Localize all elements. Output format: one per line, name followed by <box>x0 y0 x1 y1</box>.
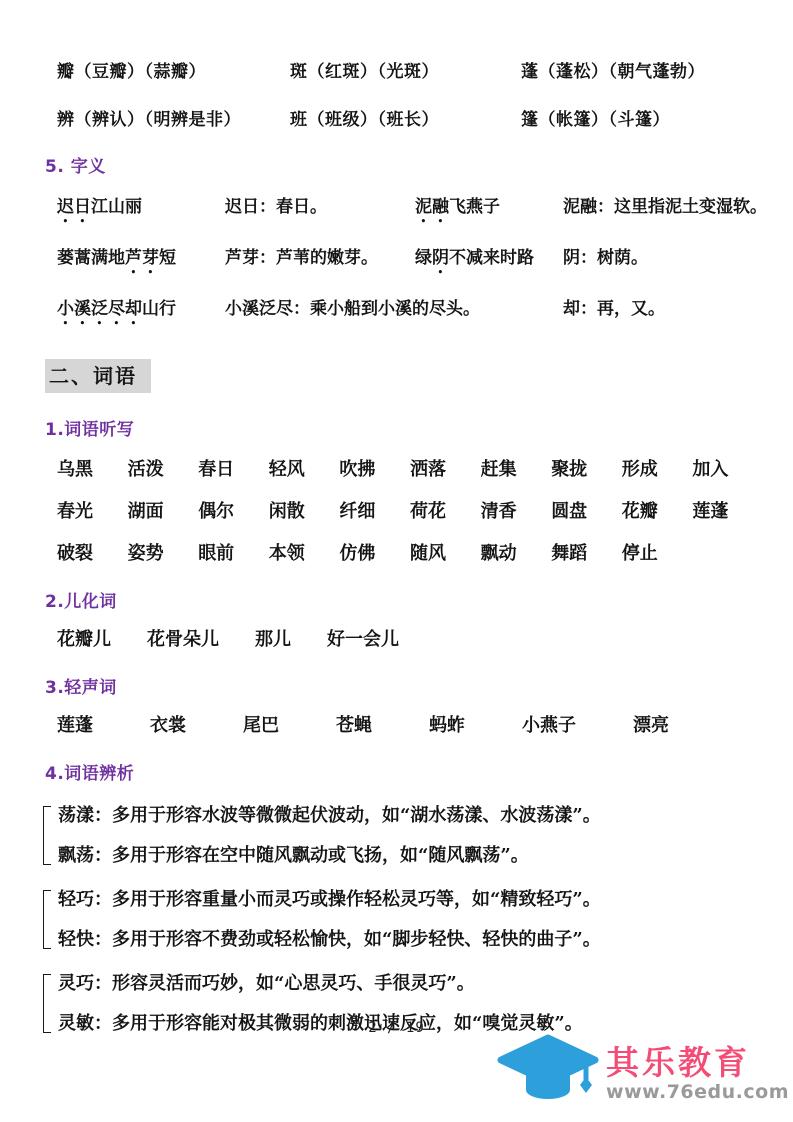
word-item: 荷花 <box>410 501 481 523</box>
word-item: 花瓣儿 <box>57 629 111 651</box>
phrase-definition: 却：再，又。 <box>563 298 767 329</box>
word-item: 花瓣 <box>622 501 693 523</box>
bianxi-heading: 4.词语辨析 <box>45 763 763 785</box>
emphasized-text: 小溪泛尽却 <box>57 299 142 319</box>
emphasized-text: 阴 <box>432 248 449 268</box>
definition-line: 飘荡：多用于形容在空中随风飘动或飞扬，如“随风飘荡”。 <box>58 843 601 868</box>
emphasized-text: 迟日 <box>57 197 91 217</box>
word-discrimination-list: 荡漾：多用于形容水波等微微起伏波动，如“湖水荡漾、水波荡漾”。 飘荡：多用于形容… <box>57 803 763 1036</box>
graduation-cap-icon <box>492 1034 604 1114</box>
document-page: 瓣（豆瓣）（蒜瓣） 斑（红斑）（光斑） 蓬（蓬松）（朝气蓬勃） 辨（辨认）（明辨… <box>57 0 763 1036</box>
word-item: 加入 <box>692 459 763 481</box>
compare-item: 斑（红斑）（光斑） <box>290 60 521 84</box>
tingxie-heading: 1.词语听写 <box>45 419 763 441</box>
compare-item: 蓬（蓬松）（朝气蓬勃） <box>521 60 763 84</box>
word-item: 停止 <box>622 543 693 565</box>
phrase-definition: 迟日：春日。 <box>225 196 415 227</box>
erhua-word-row: 花瓣儿 花骨朵儿 那儿 好一会儿 <box>57 629 763 651</box>
compare-item: 篷（帐篷）（斗篷） <box>521 108 763 132</box>
word-item: 蚂蚱 <box>429 715 465 737</box>
word-item: 小燕子 <box>522 715 576 737</box>
word-item: 活泼 <box>128 459 199 481</box>
discrimination-pair: 轻巧：多用于形容重量小而灵巧或操作轻松灵巧等，如“精致轻巧”。 轻快：多用于形容… <box>43 887 763 952</box>
word-item: 苍蝇 <box>336 715 372 737</box>
word-item: 莲蓬 <box>692 501 763 523</box>
word-item: 漂亮 <box>633 715 669 737</box>
emphasized-text: 泥融 <box>415 197 449 217</box>
phrase-definition: 芦芽：芦苇的嫩芽。 <box>225 247 415 278</box>
poem-phrase: 小溪泛尽却山行 <box>57 298 225 329</box>
brand-url: www.76edu.com <box>606 1081 789 1103</box>
word-item: 随风 <box>410 543 481 565</box>
bracket-mark <box>43 806 51 865</box>
bracket-mark <box>43 890 51 949</box>
word-item: 仿佛 <box>339 543 410 565</box>
char-compare-grid: 瓣（豆瓣）（蒜瓣） 斑（红斑）（光斑） 蓬（蓬松）（朝气蓬勃） 辨（辨认）（明辨… <box>57 60 763 132</box>
word-item: 破裂 <box>57 543 128 565</box>
word-item: 飘动 <box>481 543 552 565</box>
qingsheng-heading: 3.轻声词 <box>45 677 763 699</box>
word-item: 偶尔 <box>198 501 269 523</box>
word-item: 好一会儿 <box>327 629 399 651</box>
erhua-heading: 2.儿化词 <box>45 591 763 613</box>
compare-item: 瓣（豆瓣）（蒜瓣） <box>57 60 290 84</box>
poem-phrase: 绿阴不减来时路 <box>415 247 563 278</box>
qingsheng-word-row: 莲蓬 衣裳 尾巴 苍蝇 蚂蚱 小燕子 漂亮 <box>57 715 763 737</box>
word-item: 眼前 <box>198 543 269 565</box>
word-item: 纤细 <box>339 501 410 523</box>
word-item: 闲散 <box>269 501 340 523</box>
word-item: 莲蓬 <box>57 715 93 737</box>
poem-phrase: 泥融飞燕子 <box>415 196 563 227</box>
ziyi-heading: 5. 字义 <box>45 156 763 178</box>
word-item: 赶集 <box>481 459 552 481</box>
word-item: 春光 <box>57 501 128 523</box>
phrase-definition: 泥融：这里指泥土变湿软。 <box>563 196 767 227</box>
dictation-word-grid: 乌黑 活泼 春日 轻风 吹拂 洒落 赶集 聚拢 形成 加入 春光 湖面 偶尔 闲… <box>57 459 763 565</box>
phrase-definition: 小溪泛尽：乘小船到小溪的尽头。 <box>225 298 563 329</box>
word-item: 圆盘 <box>551 501 622 523</box>
word-item: 春日 <box>198 459 269 481</box>
word-item: 花骨朵儿 <box>147 629 219 651</box>
definition-line: 轻快：多用于形容不费劲或轻松愉快，如“脚步轻快、轻快的曲子”。 <box>58 927 601 952</box>
word-item: 乌黑 <box>57 459 128 481</box>
word-item: 湖面 <box>128 501 199 523</box>
emphasized-text: 芦芽 <box>125 248 159 268</box>
word-item: 洒落 <box>410 459 481 481</box>
ziyi-grid: 迟日江山丽 迟日：春日。 泥融飞燕子 泥融：这里指泥土变湿软。 蒌蒿满地芦芽短 … <box>57 196 763 329</box>
word-item: 衣裳 <box>150 715 186 737</box>
compare-item: 班（班级）（班长） <box>290 108 521 132</box>
definition-line: 轻巧：多用于形容重量小而灵巧或操作轻松灵巧等，如“精致轻巧”。 <box>58 887 601 912</box>
poem-phrase: 迟日江山丽 <box>57 196 225 227</box>
brand-logo: 其乐教育 www.76edu.com <box>492 1034 789 1114</box>
word-item: 轻风 <box>269 459 340 481</box>
word-item: 聚拢 <box>551 459 622 481</box>
phrase-definition: 阴：树荫。 <box>563 247 767 278</box>
section-two-heading: 二、词语 <box>45 359 151 393</box>
brand-name: 其乐教育 <box>606 1045 750 1081</box>
definition-line: 荡漾：多用于形容水波等微微起伏波动，如“湖水荡漾、水波荡漾”。 <box>58 803 601 828</box>
word-item: 吹拂 <box>339 459 410 481</box>
word-item: 尾巴 <box>243 715 279 737</box>
definition-line: 灵巧：形容灵活而巧妙，如“心思灵巧、手很灵巧”。 <box>58 971 583 996</box>
word-item: 清香 <box>481 501 552 523</box>
discrimination-pair: 荡漾：多用于形容水波等微微起伏波动，如“湖水荡漾、水波荡漾”。 飘荡：多用于形容… <box>43 803 763 868</box>
word-item: 姿势 <box>128 543 199 565</box>
word-item: 舞蹈 <box>551 543 622 565</box>
word-item: 形成 <box>622 459 693 481</box>
poem-phrase: 蒌蒿满地芦芽短 <box>57 247 225 278</box>
word-item: 本领 <box>269 543 340 565</box>
compare-item: 辨（辨认）（明辨是非） <box>57 108 290 132</box>
word-item: 那儿 <box>255 629 291 651</box>
